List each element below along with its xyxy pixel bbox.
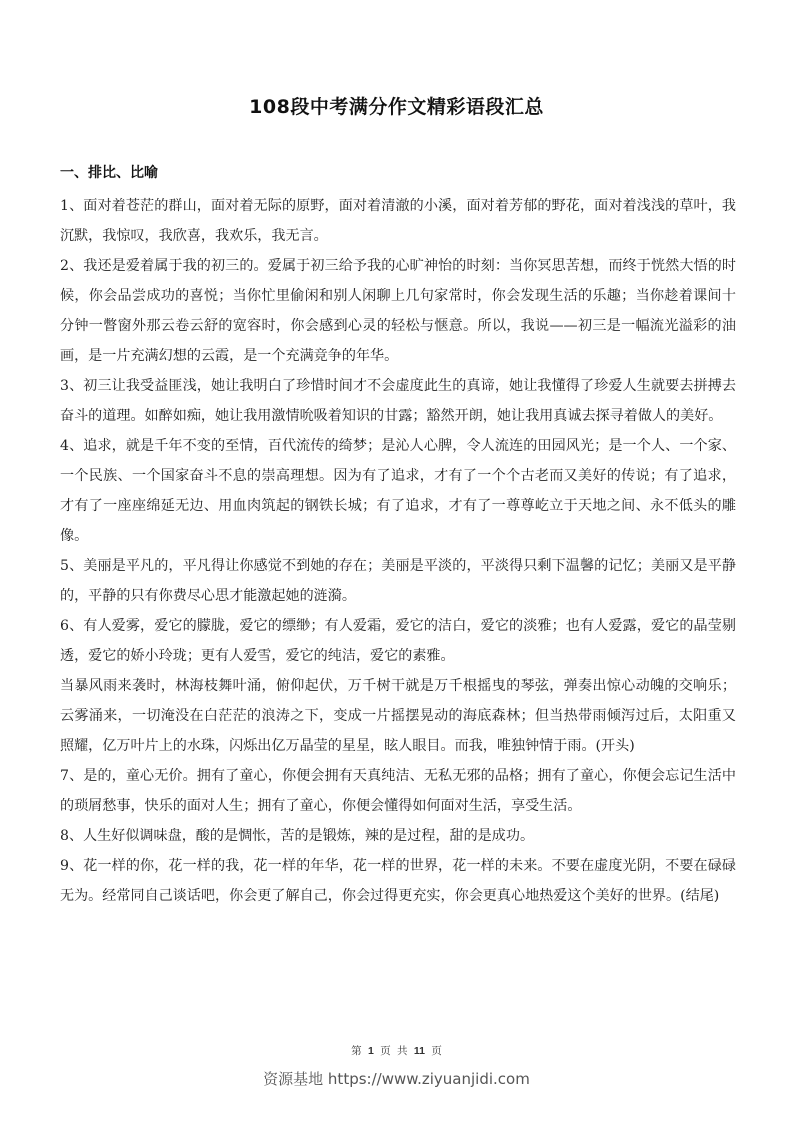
paragraph-9: 9、花一样的你，花一样的我，花一样的年华，花一样的世界，花一样的未来。不要在虚度… [60,851,736,911]
paragraph-3: 3、初三让我受益匪浅，她让我明白了珍惜时间才不会虚度此生的真谛，她让我懂得了珍爱… [60,371,736,431]
paragraph-4: 4、追求，就是千年不变的至情，百代流传的绮梦；是沁人心脾，令人流连的田园风光；是… [60,431,736,551]
document-body: 1、面对着苍茫的群山，面对着无际的原野，面对着清澈的小溪，面对着芳郁的野花，面对… [60,191,736,911]
page-mid: 页 共 [380,1045,407,1057]
paragraph-5: 5、美丽是平凡的，平凡得让你感觉不到她的存在；美丽是平淡的，平淡得只剩下温馨的记… [60,551,736,611]
paragraph-6-continued: 当暴风雨来袭时，林海枝舞叶涌，俯仰起伏，万千树干就是万千根摇曳的琴弦，弹奏出惊心… [60,671,736,761]
paragraph-1: 1、面对着苍茫的群山，面对着无际的原野，面对着清澈的小溪，面对着芳郁的野花，面对… [60,191,736,251]
paragraph-7: 7、是的，童心无价。拥有了童心，你便会拥有天真纯洁、无私无邪的品格；拥有了童心，… [60,761,736,821]
page-prefix: 第 [351,1045,362,1057]
document-title: 108段中考满分作文精彩语段汇总 [0,92,793,119]
total-pages: 11 [414,1045,425,1057]
paragraph-8: 8、人生好似调味盘，酸的是惆怅，苦的是锻炼，辣的是过程，甜的是成功。 [60,821,736,851]
paragraph-2: 2、我还是爱着属于我的初三的。爱属于初三给予我的心旷神怡的时刻：当你冥思苦想，而… [60,251,736,371]
document-page: 108段中考满分作文精彩语段汇总 一、排比、比喻 1、面对着苍茫的群山，面对着无… [0,0,793,1122]
paragraph-6: 6、有人爱雾，爱它的朦胧，爱它的缥缈；有人爱霜，爱它的洁白，爱它的淡雅；也有人爱… [60,611,736,671]
page-number: 第 1 页 共 11 页 [0,1043,793,1058]
page-suffix: 页 [431,1045,442,1057]
watermark-link[interactable]: 资源基地 https://www.ziyuanjidi.com [0,1068,793,1089]
section-heading: 一、排比、比喻 [60,162,158,182]
current-page: 1 [368,1045,374,1057]
